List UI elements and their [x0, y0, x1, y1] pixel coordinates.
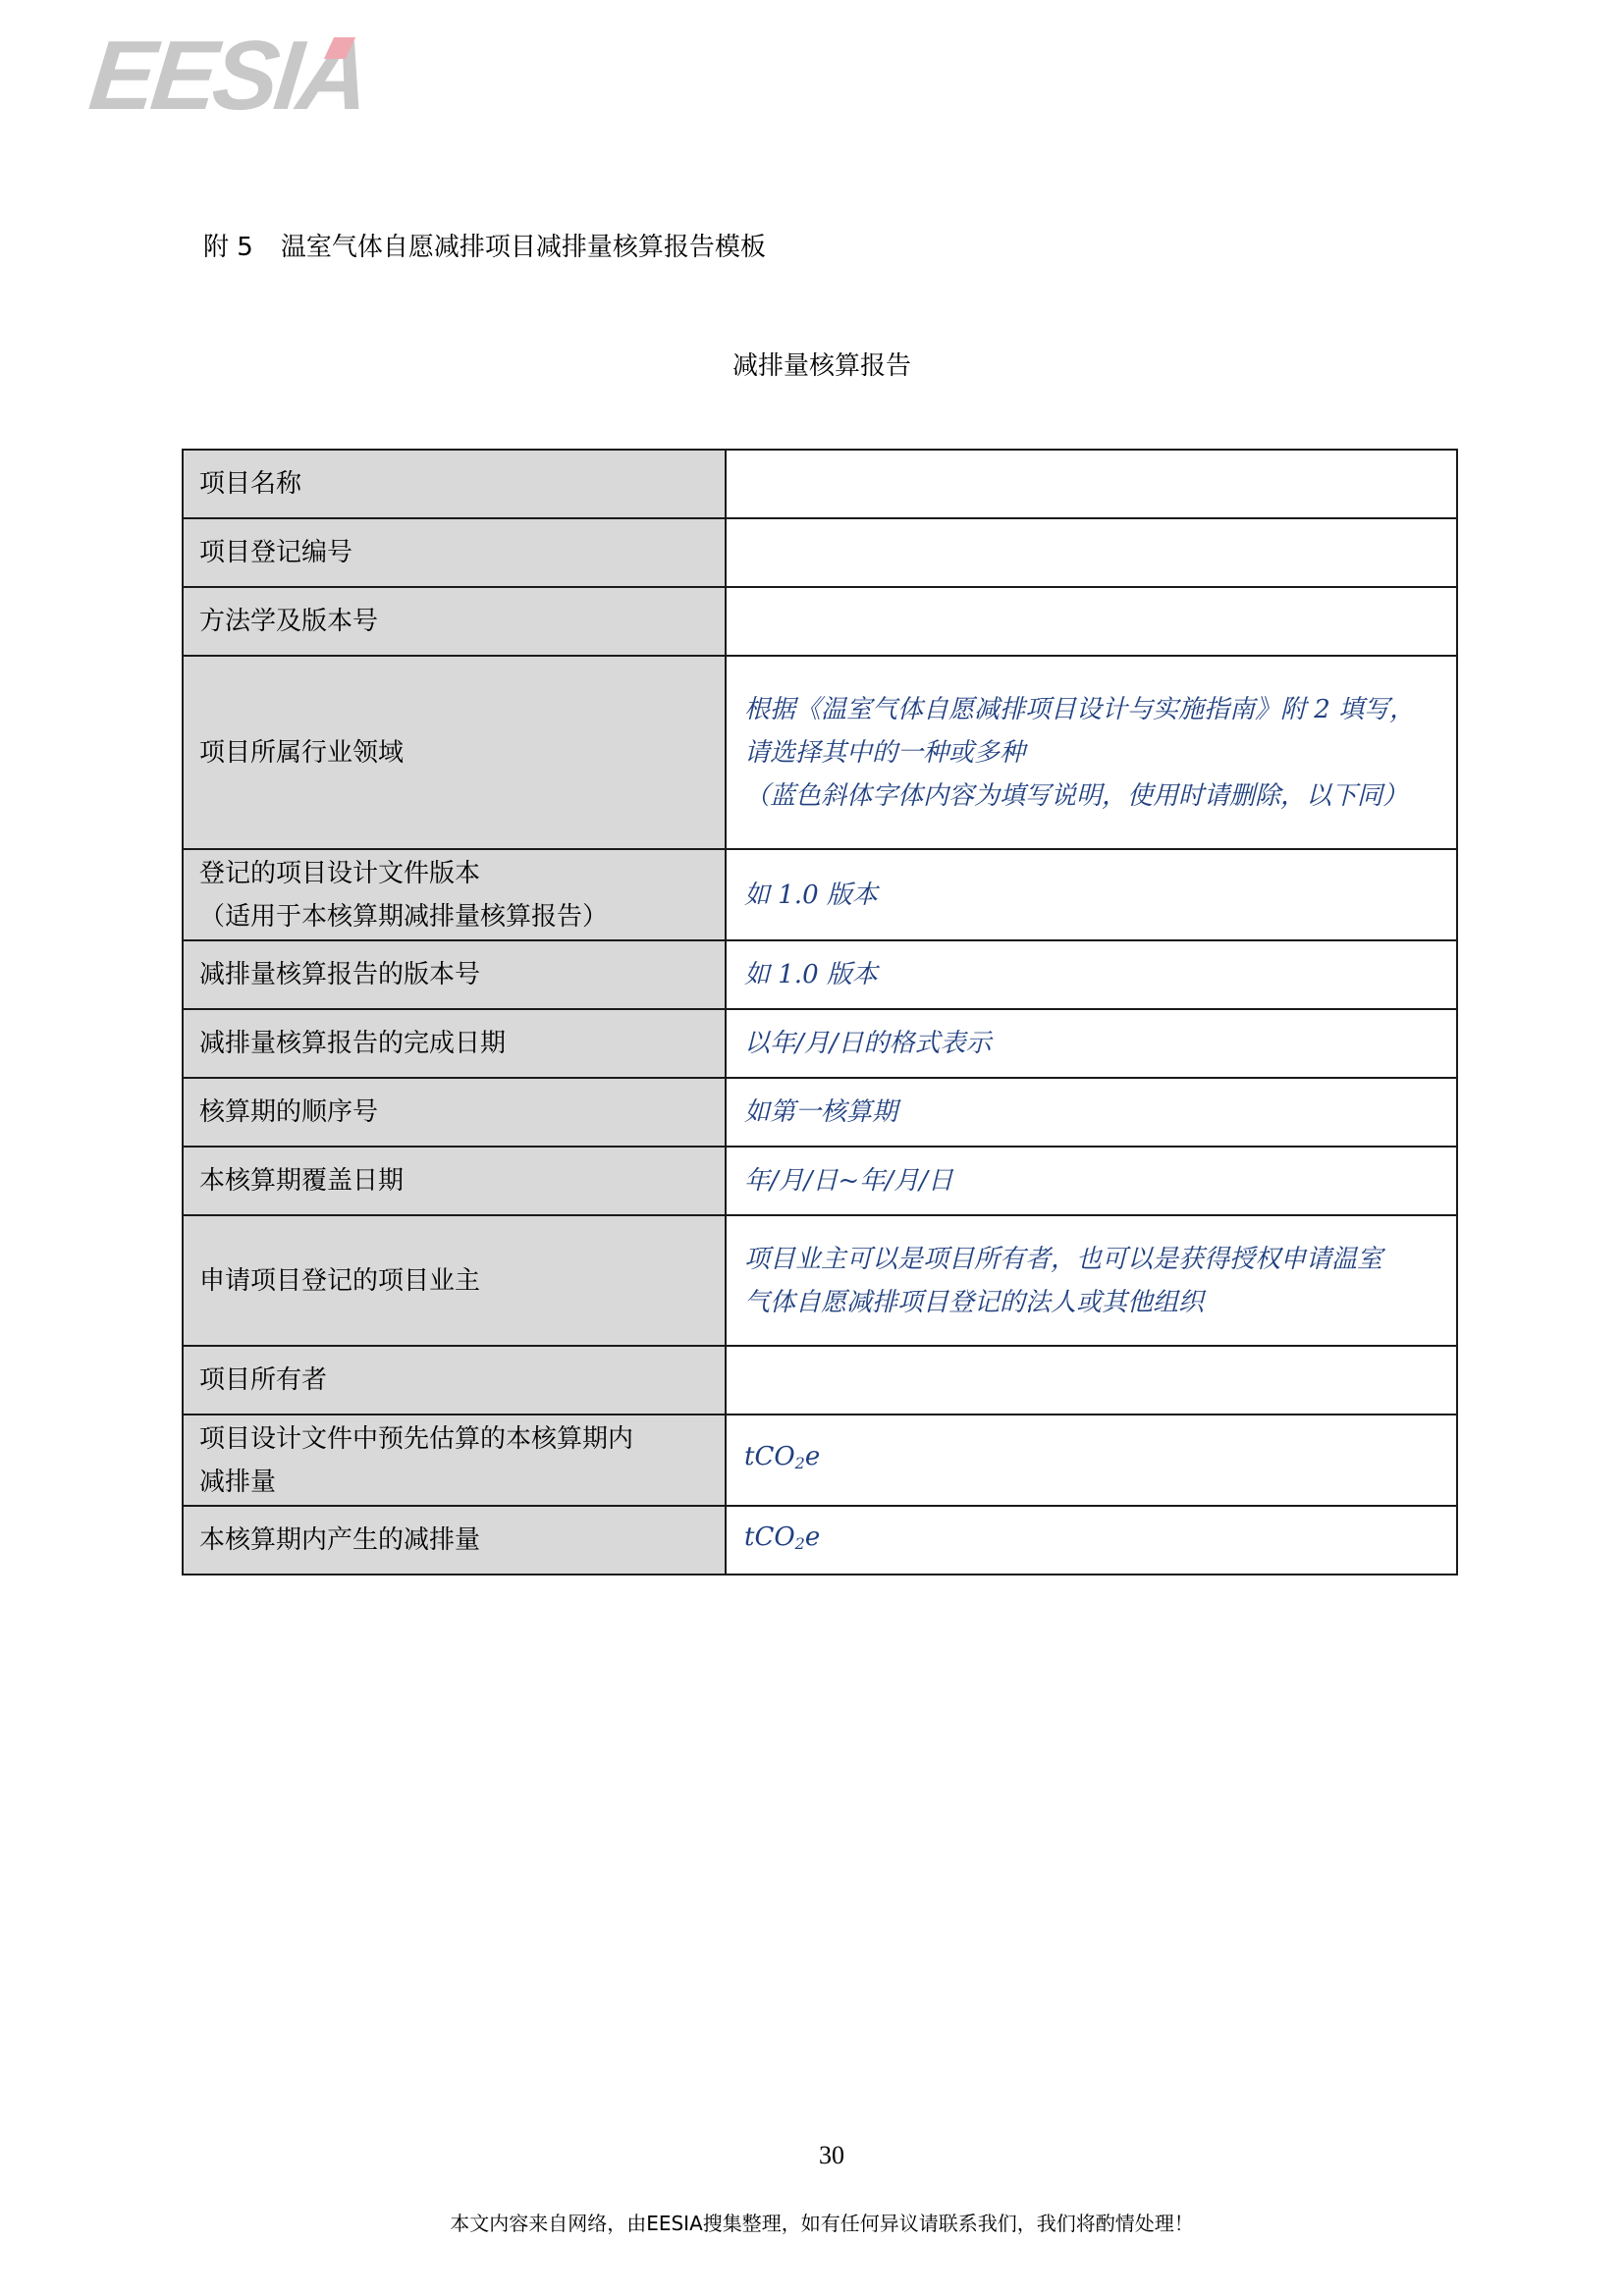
pdd-version-field[interactable]: 如 1.0 版本 — [726, 849, 1457, 940]
actual-reductions-field[interactable]: tCO2e — [726, 1506, 1457, 1575]
table-row: 登记的项目设计文件版本 （适用于本核算期减排量核算报告） 如 1.0 版本 — [183, 849, 1457, 940]
report-version-field[interactable]: 如 1.0 版本 — [726, 940, 1457, 1009]
table-row: 项目登记编号 — [183, 518, 1457, 587]
label-line: （适用于本核算期减排量核算报告） — [199, 895, 709, 938]
table-row: 减排量核算报告的版本号 如 1.0 版本 — [183, 940, 1457, 1009]
table-row: 项目名称 — [183, 450, 1457, 518]
footer-disclaimer: 本文内容来自网络，由EESIA搜集整理，如有任何异议请联系我们，我们将酌情处理！ — [0, 2209, 1624, 2238]
row-label: 项目所属行业领域 — [183, 656, 726, 849]
instruction-line: 请选择其中的一种或多种 — [744, 731, 1440, 774]
methodology-version-field[interactable] — [726, 587, 1457, 656]
row-label: 项目名称 — [183, 450, 726, 518]
table-row: 本核算期内产生的减排量 tCO2e — [183, 1506, 1457, 1575]
period-sequence-field[interactable]: 如第一核算期 — [726, 1078, 1457, 1147]
table-row: 方法学及版本号 — [183, 587, 1457, 656]
row-label: 核算期的顺序号 — [183, 1078, 726, 1147]
instruction-line: 根据《温室气体自愿减排项目设计与实施指南》附 2 填写， — [744, 688, 1440, 731]
table-row: 减排量核算报告的完成日期 以年/月/日的格式表示 — [183, 1009, 1457, 1078]
table-row: 项目设计文件中预先估算的本核算期内 减排量 tCO2e — [183, 1415, 1457, 1506]
unit-tco2e: tCO2e — [744, 1442, 820, 1471]
row-label: 减排量核算报告的版本号 — [183, 940, 726, 1009]
industry-sector-field[interactable]: 根据《温室气体自愿减排项目设计与实施指南》附 2 填写， 请选择其中的一种或多种… — [726, 656, 1457, 849]
instruction-line: 项目业主可以是项目所有者，也可以是获得授权申请温室 — [744, 1238, 1440, 1281]
row-label: 登记的项目设计文件版本 （适用于本核算期减排量核算报告） — [183, 849, 726, 940]
table-row: 本核算期覆盖日期 年/月/日~年/月/日 — [183, 1147, 1457, 1215]
unit-tco2e: tCO2e — [744, 1522, 820, 1552]
row-label: 本核算期覆盖日期 — [183, 1147, 726, 1215]
label-line: 减排量 — [199, 1461, 709, 1504]
report-title: 减排量核算报告 — [0, 348, 1624, 384]
label-line: 项目设计文件中预先估算的本核算期内 — [199, 1417, 709, 1461]
table-row: 核算期的顺序号 如第一核算期 — [183, 1078, 1457, 1147]
row-label: 项目所有者 — [183, 1346, 726, 1415]
page-number: 30 — [0, 2140, 1624, 2171]
completion-date-field[interactable]: 以年/月/日的格式表示 — [726, 1009, 1457, 1078]
table-row: 申请项目登记的项目业主 项目业主可以是项目所有者，也可以是获得授权申请温室 气体… — [183, 1215, 1457, 1346]
row-label: 减排量核算报告的完成日期 — [183, 1009, 726, 1078]
row-label: 项目设计文件中预先估算的本核算期内 减排量 — [183, 1415, 726, 1506]
table-row: 项目所有者 — [183, 1346, 1457, 1415]
project-name-field[interactable] — [726, 450, 1457, 518]
row-label: 方法学及版本号 — [183, 587, 726, 656]
annex-title-text: 温室气体自愿减排项目减排量核算报告模板 — [281, 233, 766, 262]
project-owner-field[interactable] — [726, 1346, 1457, 1415]
logo-text: EESIA — [84, 21, 371, 131]
instruction-line: 气体自愿减排项目登记的法人或其他组织 — [744, 1281, 1440, 1324]
row-label: 申请项目登记的项目业主 — [183, 1215, 726, 1346]
annex-number: 附 5 — [203, 230, 253, 265]
row-label: 本核算期内产生的减排量 — [183, 1506, 726, 1575]
table-row: 项目所属行业领域 根据《温室气体自愿减排项目设计与实施指南》附 2 填写， 请选… — [183, 656, 1457, 849]
project-proponent-field[interactable]: 项目业主可以是项目所有者，也可以是获得授权申请温室 气体自愿减排项目登记的法人或… — [726, 1215, 1457, 1346]
period-dates-field[interactable]: 年/月/日~年/月/日 — [726, 1147, 1457, 1215]
annex-heading: 附 5温室气体自愿减排项目减排量核算报告模板 — [203, 230, 766, 265]
row-label: 项目登记编号 — [183, 518, 726, 587]
estimated-reductions-field[interactable]: tCO2e — [726, 1415, 1457, 1506]
instruction-line: （蓝色斜体字体内容为填写说明，使用时请删除，以下同） — [744, 774, 1440, 818]
eesia-logo: EESIA — [85, 29, 370, 123]
registration-number-field[interactable] — [726, 518, 1457, 587]
report-form-table: 项目名称 项目登记编号 方法学及版本号 项目所属行业领域 根据《温室气体自愿减排… — [182, 449, 1458, 1575]
label-line: 登记的项目设计文件版本 — [199, 852, 709, 895]
